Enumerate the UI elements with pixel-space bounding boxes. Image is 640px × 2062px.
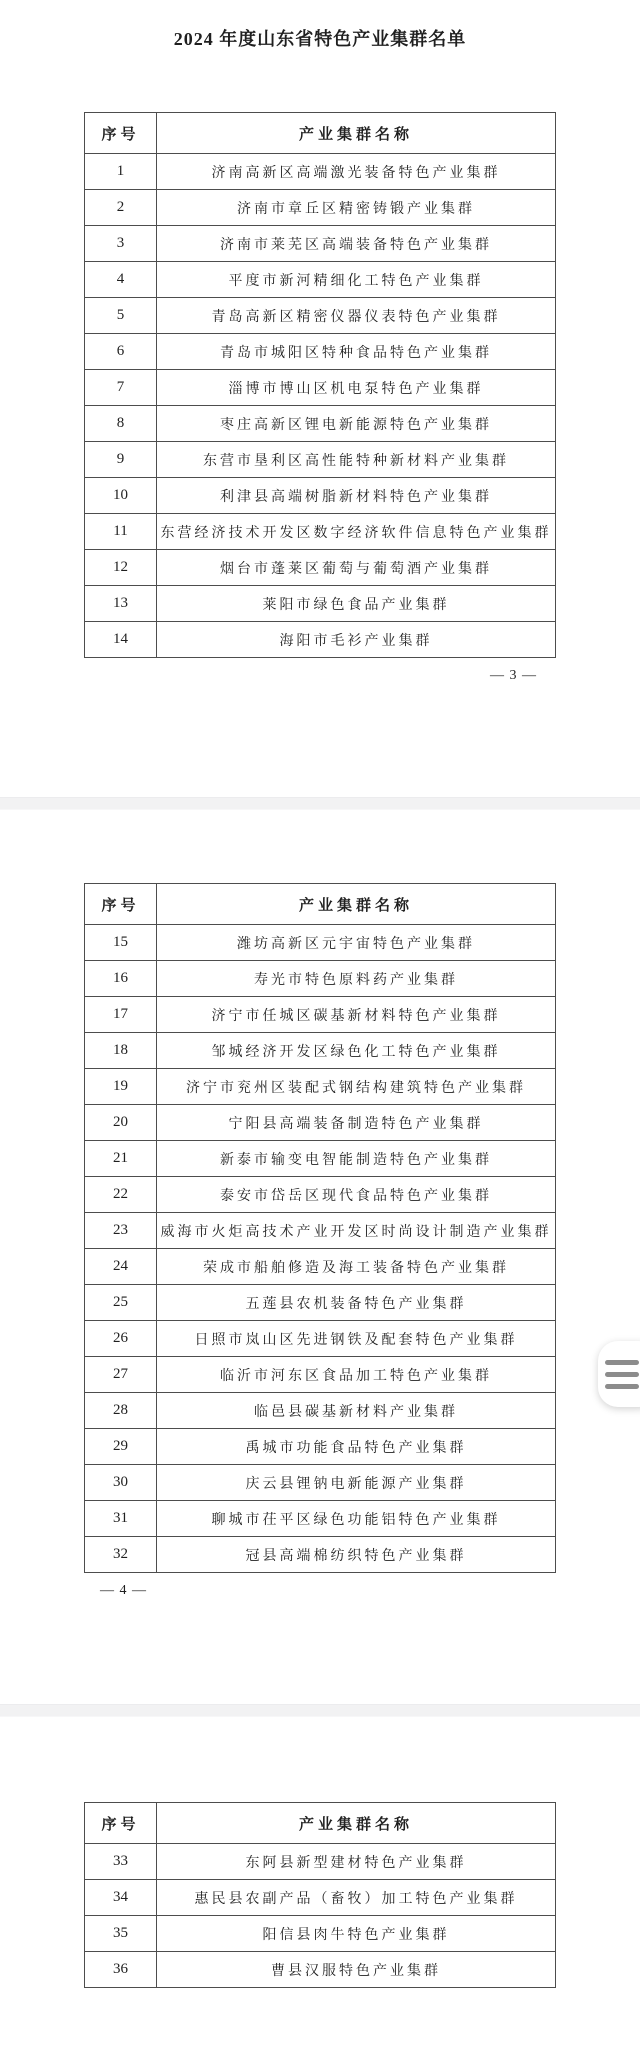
cluster-name: 青岛高新区精密仪器仪表特色产业集群	[157, 298, 556, 334]
table-row: 19 济宁市兖州区装配式钢结构建筑特色产业集群	[85, 1069, 556, 1105]
table-row: 25 五莲县农机装备特色产业集群	[85, 1285, 556, 1321]
table-row: 11 东营经济技术开发区数字经济软件信息特色产业集群	[85, 514, 556, 550]
table-row: 33 东阿县新型建材特色产业集群	[85, 1844, 556, 1880]
column-header-name: 产业集群名称	[157, 1803, 556, 1844]
row-number: 7	[85, 370, 157, 406]
row-number: 15	[85, 925, 157, 961]
cluster-name: 五莲县农机装备特色产业集群	[157, 1285, 556, 1321]
table-row: 8 枣庄高新区锂电新能源特色产业集群	[85, 406, 556, 442]
row-number: 30	[85, 1465, 157, 1501]
row-number: 35	[85, 1916, 157, 1952]
table-row: 4 平度市新河精细化工特色产业集群	[85, 262, 556, 298]
table-row: 20 宁阳县高端装备制造特色产业集群	[85, 1105, 556, 1141]
row-number: 8	[85, 406, 157, 442]
cluster-name: 邹城经济开发区绿色化工特色产业集群	[157, 1033, 556, 1069]
row-number: 18	[85, 1033, 157, 1069]
row-number: 26	[85, 1321, 157, 1357]
cluster-name: 宁阳县高端装备制造特色产业集群	[157, 1105, 556, 1141]
page-separator	[0, 797, 640, 810]
document-page-4: 序号 产业集群名称 15 潍坊高新区元宇宙特色产业集群 16 寿光市特色原料药产…	[0, 810, 640, 1704]
cluster-name: 济南市章丘区精密铸锻产业集群	[157, 190, 556, 226]
table-header-row: 序号 产业集群名称	[85, 113, 556, 154]
cluster-name: 威海市火炬高技术产业开发区时尚设计制造产业集群	[157, 1213, 556, 1249]
row-number: 28	[85, 1393, 157, 1429]
cluster-name: 泰安市岱岳区现代食品特色产业集群	[157, 1177, 556, 1213]
row-number: 12	[85, 550, 157, 586]
floating-menu-button[interactable]	[598, 1341, 640, 1407]
cluster-name: 济宁市兖州区装配式钢结构建筑特色产业集群	[157, 1069, 556, 1105]
table-row: 22 泰安市岱岳区现代食品特色产业集群	[85, 1177, 556, 1213]
cluster-table-page-3: 序号 产业集群名称 1 济南高新区高端激光装备特色产业集群 2 济南市章丘区精密…	[84, 112, 556, 658]
row-number: 25	[85, 1285, 157, 1321]
cluster-name: 禹城市功能食品特色产业集群	[157, 1429, 556, 1465]
cluster-name: 东营市垦利区高性能特种新材料产业集群	[157, 442, 556, 478]
cluster-name: 临沂市河东区食品加工特色产业集群	[157, 1357, 556, 1393]
table-row: 18 邹城经济开发区绿色化工特色产业集群	[85, 1033, 556, 1069]
table-row: 3 济南市莱芜区高端装备特色产业集群	[85, 226, 556, 262]
row-number: 6	[85, 334, 157, 370]
row-number: 1	[85, 154, 157, 190]
row-number: 34	[85, 1880, 157, 1916]
row-number: 14	[85, 622, 157, 658]
row-number: 29	[85, 1429, 157, 1465]
row-number: 31	[85, 1501, 157, 1537]
row-number: 3	[85, 226, 157, 262]
table-row: 34 惠民县农副产品（畜牧）加工特色产业集群	[85, 1880, 556, 1916]
document-page-5: 序号 产业集群名称 33 东阿县新型建材特色产业集群 34 惠民县农副产品（畜牧…	[0, 1717, 640, 2062]
row-number: 33	[85, 1844, 157, 1880]
cluster-name: 庆云县锂钠电新能源产业集群	[157, 1465, 556, 1501]
row-number: 20	[85, 1105, 157, 1141]
row-number: 4	[85, 262, 157, 298]
table-row: 12 烟台市蓬莱区葡萄与葡萄酒产业集群	[85, 550, 556, 586]
cluster-name: 冠县高端棉纺织特色产业集群	[157, 1537, 556, 1573]
table-row: 15 潍坊高新区元宇宙特色产业集群	[85, 925, 556, 961]
table-row: 29 禹城市功能食品特色产业集群	[85, 1429, 556, 1465]
table-row: 5 青岛高新区精密仪器仪表特色产业集群	[85, 298, 556, 334]
row-number: 23	[85, 1213, 157, 1249]
table-row: 13 莱阳市绿色食品产业集群	[85, 586, 556, 622]
cluster-name: 济南市莱芜区高端装备特色产业集群	[157, 226, 556, 262]
cluster-name: 淄博市博山区机电泵特色产业集群	[157, 370, 556, 406]
table-row: 32 冠县高端棉纺织特色产业集群	[85, 1537, 556, 1573]
table-row: 10 利津县高端树脂新材料特色产业集群	[85, 478, 556, 514]
table-row: 2 济南市章丘区精密铸锻产业集群	[85, 190, 556, 226]
row-number: 21	[85, 1141, 157, 1177]
table-row: 31 聊城市茌平区绿色功能铝特色产业集群	[85, 1501, 556, 1537]
row-number: 2	[85, 190, 157, 226]
table-row: 23 威海市火炬高技术产业开发区时尚设计制造产业集群	[85, 1213, 556, 1249]
table-row: 27 临沂市河东区食品加工特色产业集群	[85, 1357, 556, 1393]
row-number: 22	[85, 1177, 157, 1213]
cluster-name: 日照市岚山区先进钢铁及配套特色产业集群	[157, 1321, 556, 1357]
cluster-name: 聊城市茌平区绿色功能铝特色产业集群	[157, 1501, 556, 1537]
cluster-name: 枣庄高新区锂电新能源特色产业集群	[157, 406, 556, 442]
row-number: 24	[85, 1249, 157, 1285]
table-row: 24 荣成市船舶修造及海工装备特色产业集群	[85, 1249, 556, 1285]
row-number: 5	[85, 298, 157, 334]
row-number: 13	[85, 586, 157, 622]
row-number: 17	[85, 997, 157, 1033]
cluster-table-page-4: 序号 产业集群名称 15 潍坊高新区元宇宙特色产业集群 16 寿光市特色原料药产…	[84, 883, 556, 1573]
cluster-name: 烟台市蓬莱区葡萄与葡萄酒产业集群	[157, 550, 556, 586]
table-row: 26 日照市岚山区先进钢铁及配套特色产业集群	[85, 1321, 556, 1357]
column-header-no: 序号	[85, 1803, 157, 1844]
table-row: 7 淄博市博山区机电泵特色产业集群	[85, 370, 556, 406]
row-number: 16	[85, 961, 157, 997]
row-number: 9	[85, 442, 157, 478]
table-row: 36 曹县汉服特色产业集群	[85, 1952, 556, 1988]
column-header-name: 产业集群名称	[157, 884, 556, 925]
cluster-name: 利津县高端树脂新材料特色产业集群	[157, 478, 556, 514]
column-header-no: 序号	[85, 884, 157, 925]
table-row: 28 临邑县碳基新材料产业集群	[85, 1393, 556, 1429]
page-separator	[0, 1704, 640, 1717]
table-row: 1 济南高新区高端激光装备特色产业集群	[85, 154, 556, 190]
cluster-name: 青岛市城阳区特种食品特色产业集群	[157, 334, 556, 370]
cluster-name: 潍坊高新区元宇宙特色产业集群	[157, 925, 556, 961]
cluster-name: 寿光市特色原料药产业集群	[157, 961, 556, 997]
cluster-name: 荣成市船舶修造及海工装备特色产业集群	[157, 1249, 556, 1285]
cluster-name: 曹县汉服特色产业集群	[157, 1952, 556, 1988]
row-number: 19	[85, 1069, 157, 1105]
table-row: 21 新泰市输变电智能制造特色产业集群	[85, 1141, 556, 1177]
page-number-4: — 4 —	[0, 1583, 640, 1599]
row-number: 27	[85, 1357, 157, 1393]
table-row: 9 东营市垦利区高性能特种新材料产业集群	[85, 442, 556, 478]
cluster-table-page-5: 序号 产业集群名称 33 东阿县新型建材特色产业集群 34 惠民县农副产品（畜牧…	[84, 1802, 556, 1988]
row-number: 10	[85, 478, 157, 514]
page-number-3: — 3 —	[0, 668, 640, 684]
table-row: 14 海阳市毛衫产业集群	[85, 622, 556, 658]
column-header-no: 序号	[85, 113, 157, 154]
cluster-name: 东营经济技术开发区数字经济软件信息特色产业集群	[157, 514, 556, 550]
table-row: 16 寿光市特色原料药产业集群	[85, 961, 556, 997]
cluster-name: 济南高新区高端激光装备特色产业集群	[157, 154, 556, 190]
cluster-name: 新泰市输变电智能制造特色产业集群	[157, 1141, 556, 1177]
table-row: 6 青岛市城阳区特种食品特色产业集群	[85, 334, 556, 370]
hamburger-menu-icon	[605, 1360, 639, 1365]
row-number: 32	[85, 1537, 157, 1573]
cluster-name: 阳信县肉牛特色产业集群	[157, 1916, 556, 1952]
table-row: 35 阳信县肉牛特色产业集群	[85, 1916, 556, 1952]
document-page-3: 2024 年度山东省特色产业集群名单 序号 产业集群名称 1 济南高新区高端激光…	[0, 0, 640, 797]
table-header-row: 序号 产业集群名称	[85, 1803, 556, 1844]
page-title: 2024 年度山东省特色产业集群名单	[0, 26, 640, 52]
cluster-name: 海阳市毛衫产业集群	[157, 622, 556, 658]
table-row: 30 庆云县锂钠电新能源产业集群	[85, 1465, 556, 1501]
table-row: 17 济宁市任城区碳基新材料特色产业集群	[85, 997, 556, 1033]
cluster-name: 东阿县新型建材特色产业集群	[157, 1844, 556, 1880]
column-header-name: 产业集群名称	[157, 113, 556, 154]
row-number: 36	[85, 1952, 157, 1988]
cluster-name: 莱阳市绿色食品产业集群	[157, 586, 556, 622]
table-header-row: 序号 产业集群名称	[85, 884, 556, 925]
cluster-name: 惠民县农副产品（畜牧）加工特色产业集群	[157, 1880, 556, 1916]
cluster-name: 临邑县碳基新材料产业集群	[157, 1393, 556, 1429]
cluster-name: 平度市新河精细化工特色产业集群	[157, 262, 556, 298]
cluster-name: 济宁市任城区碳基新材料特色产业集群	[157, 997, 556, 1033]
row-number: 11	[85, 514, 157, 550]
